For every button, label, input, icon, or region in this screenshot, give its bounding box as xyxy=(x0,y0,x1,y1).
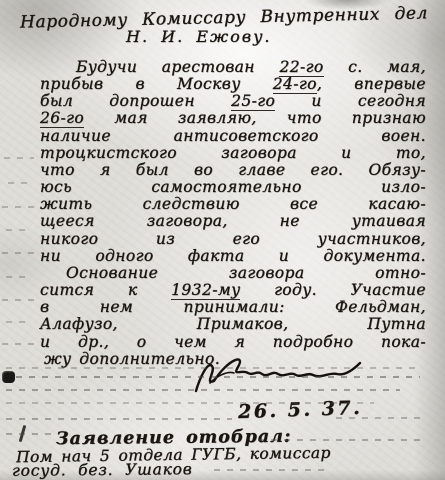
handwriting-line: никого из его участников, xyxy=(40,231,426,248)
handwriting-text: Основание заговора отно- xyxy=(66,264,426,282)
scan-artifact-line xyxy=(2,299,34,301)
footer-name-line: госуд. без. Ушаков xyxy=(12,460,193,480)
handwriting-line: что я был во главе его. Обязу- xyxy=(40,162,426,179)
handwriting-line: в нем принимали: Фельдман, xyxy=(40,299,426,316)
ink-blot xyxy=(2,371,15,383)
date: 26. 5. 37. xyxy=(238,397,363,423)
handwriting-line: Алафузо, Примаков, Путна xyxy=(40,316,426,333)
handwriting-line: наличие антисоветского воен. xyxy=(40,128,426,145)
handwriting-line: 26-го мая заявляю, что признаю xyxy=(40,110,426,127)
handwriting-line: щееся заговора, не утаивая xyxy=(40,213,426,230)
handwriting-text: никого из его участников, xyxy=(40,230,426,248)
handwriting-text: троцкистского заговора и то, xyxy=(40,144,426,162)
handwriting-text: жить следствию все касаю- xyxy=(40,195,426,213)
scan-artifact-line xyxy=(214,469,326,471)
scan-artifact-line xyxy=(16,376,420,378)
handwriting-text: ни одного факта и документа. xyxy=(40,247,426,265)
handwriting-text: что я был во главе его. Обязу- xyxy=(40,161,426,179)
scan-artifact-line xyxy=(6,402,374,404)
scan-artifact-line xyxy=(6,389,400,391)
scan-artifact-line xyxy=(6,229,30,231)
handwriting-text: и сегодня xyxy=(275,92,426,110)
handwriting-text: и др., о чем я подробно пока- xyxy=(40,333,426,351)
handwriting-line: ни одного факта и документа. xyxy=(40,248,426,265)
handwriting-line: юсь самостоятельно изло- xyxy=(40,179,426,196)
handwriting-text: Будучи арестован xyxy=(76,58,279,76)
handwriting-text: наличие антисоветского воен. xyxy=(40,127,426,145)
scan-artifact-line xyxy=(2,206,36,208)
scan-artifact-line xyxy=(6,276,32,278)
underlined-date-text: 24-го xyxy=(273,75,317,94)
handwriting-text: юсь самостоятельно изло- xyxy=(40,178,426,196)
handwriting-text: году. Участие xyxy=(240,281,426,299)
handwriting-text: Алафузо, Примаков, Путна xyxy=(40,315,426,333)
handwriting-line: прибыв в Москву 24-го, впервые xyxy=(40,76,426,93)
letter-body: Будучи арестован 22-го с. мая,прибыв в М… xyxy=(40,59,426,368)
handwriting-text: был допрошен xyxy=(40,92,231,110)
handwriting-text: с. мая, xyxy=(324,58,426,76)
handwriting-line: сится к 1932-му году. Участие xyxy=(40,282,426,299)
handwriting-text: прибыв в Москву xyxy=(40,75,273,93)
scan-artifact-line xyxy=(4,157,34,159)
underlined-date-text: 26-го xyxy=(40,109,84,128)
scan-artifact-line xyxy=(6,321,30,323)
handwriting-line: троцкистского заговора и то, xyxy=(40,145,426,162)
handwriting-line: Основание заговора отно- xyxy=(40,265,426,282)
handwriting-text: щееся заговора, не утаивая xyxy=(40,212,426,230)
scan-artifact-line xyxy=(6,418,232,420)
scan-artifact-line xyxy=(8,182,30,184)
handwriting-line: Будучи арестован 22-го с. мая, xyxy=(40,59,426,76)
handwriting-line: был допрошен 25-го и сегодня xyxy=(40,93,426,110)
scanned-letter-page: Народному Комиссару Внутренних дел Н. И.… xyxy=(0,0,445,480)
scan-artifact-line xyxy=(6,367,420,369)
scan-artifact-line xyxy=(2,252,38,254)
underlined-date-text: 22-го xyxy=(279,58,323,77)
scan-artifact-line xyxy=(2,343,40,345)
handwriting-line: жить следствию все касаю- xyxy=(40,196,426,213)
scan-artifact-line xyxy=(336,417,420,419)
addressee-name: Н. И. Ежову. xyxy=(126,27,271,46)
scan-artifact-line xyxy=(6,433,54,435)
handwriting-text: сится к xyxy=(40,281,171,299)
handwriting-text: в нем принимали: Фельдман, xyxy=(40,298,426,316)
handwriting-text: мая заявляю, что признаю xyxy=(84,109,426,127)
handwriting-line: и др., о чем я подробно пока- xyxy=(40,334,426,351)
underlined-date-text: 25-го xyxy=(231,92,275,111)
handwriting-text: , впервые xyxy=(317,75,426,93)
underlined-date-text: 1932-му xyxy=(171,281,240,300)
scan-artifact-line xyxy=(258,439,420,441)
